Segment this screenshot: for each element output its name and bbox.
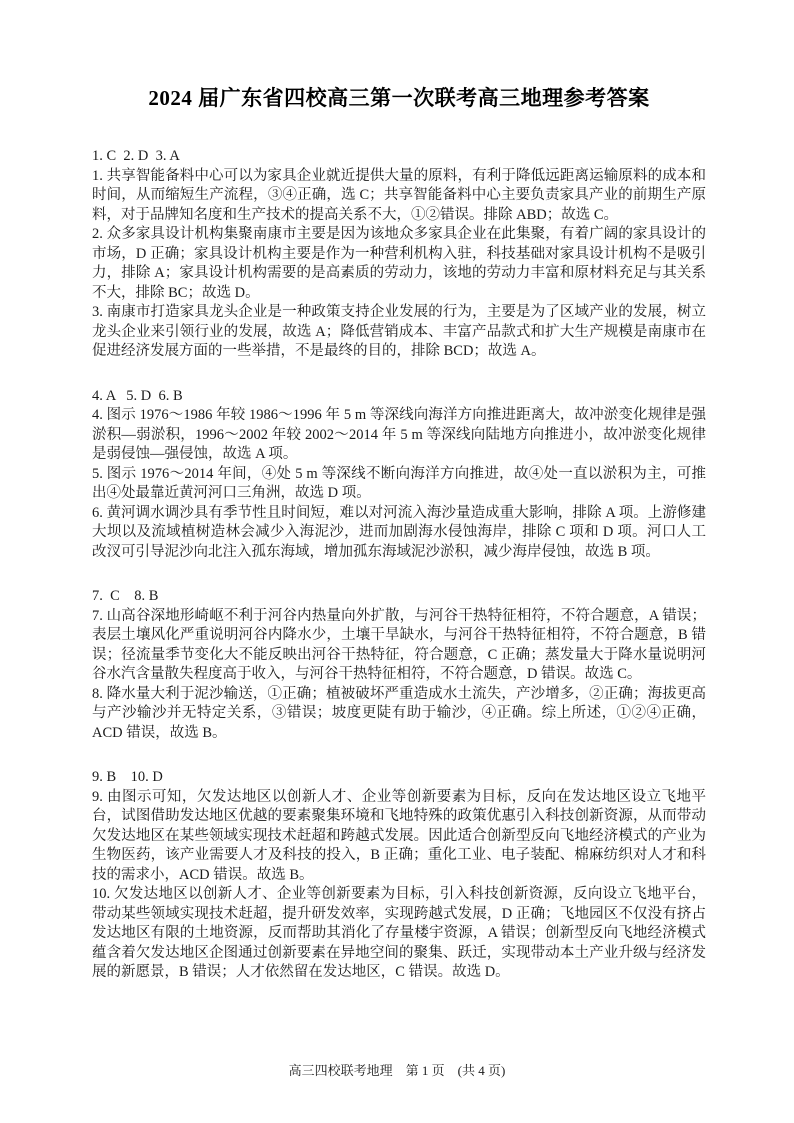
- explanation-paragraph: 9. 由图示可知，欠发达地区以创新人才、企业等创新要素为目标，反向在发达地区设立…: [92, 788, 706, 886]
- answer-group-4-6: 4. A 5. D 6. B 4. 图示 1976～1986 年较 1986～1…: [92, 387, 706, 563]
- explanation-paragraph: 4. 图示 1976～1986 年较 1986～1996 年 5 m 等深线向海…: [92, 406, 706, 465]
- page-title: 2024 届广东省四校高三第一次联考高三地理参考答案: [92, 85, 706, 111]
- explanation-paragraph: 2. 众多家具设计机构集聚南康市主要是因为该地众多家具企业在此集聚，有着广阔的家…: [92, 225, 706, 303]
- answer-group-1-3: 1. C 2. D 3. A 1. 共享智能备料中心可以为家具企业就近提供大量的…: [92, 147, 706, 362]
- exam-answer-page: 2024 届广东省四校高三第一次联考高三地理参考答案 1. C 2. D 3. …: [0, 0, 794, 1123]
- answer-key-line: 7. C 8. B: [92, 587, 706, 607]
- explanation-paragraph: 6. 黄河调水调沙具有季节性且时间短，难以对河流入海沙量造成重大影响，排除 A …: [92, 504, 706, 563]
- answer-key-line: 4. A 5. D 6. B: [92, 387, 706, 407]
- explanation-paragraph: 10. 欠发达地区以创新人才、企业等创新要素为目标，引入科技创新资源，反向设立飞…: [92, 885, 706, 983]
- explanation-paragraph: 8. 降水量大利于泥沙输送，①正确；植被破坏严重造成水土流失，产沙增多，②正确；…: [92, 685, 706, 744]
- answer-content: 1. C 2. D 3. A 1. 共享智能备料中心可以为家具企业就近提供大量的…: [92, 147, 706, 983]
- explanation-paragraph: 1. 共享智能备料中心可以为家具企业就近提供大量的原料，有利于降低远距离运输原料…: [92, 167, 706, 226]
- explanation-paragraph: 3. 南康市打造家具龙头企业是一种政策支持企业发展的行为，主要是为了区域产业的发…: [92, 303, 706, 362]
- explanation-paragraph: 5. 图示 1976～2014 年间，④处 5 m 等深线不断向海洋方向推进，故…: [92, 465, 706, 504]
- answer-key-line: 1. C 2. D 3. A: [92, 147, 706, 167]
- page-footer: 高三四校联考地理 第 1 页 (共 4 页): [0, 1063, 794, 1079]
- answer-group-9-10: 9. B 10. D 9. 由图示可知，欠发达地区以创新人才、企业等创新要素为目…: [92, 768, 706, 983]
- answer-key-line: 9. B 10. D: [92, 768, 706, 788]
- answer-group-7-8: 7. C 8. B 7. 山高谷深地形崎岖不利于河谷内热量向外扩散，与河谷干热特…: [92, 587, 706, 743]
- explanation-paragraph: 7. 山高谷深地形崎岖不利于河谷内热量向外扩散，与河谷干热特征相符，不符合题意，…: [92, 607, 706, 685]
